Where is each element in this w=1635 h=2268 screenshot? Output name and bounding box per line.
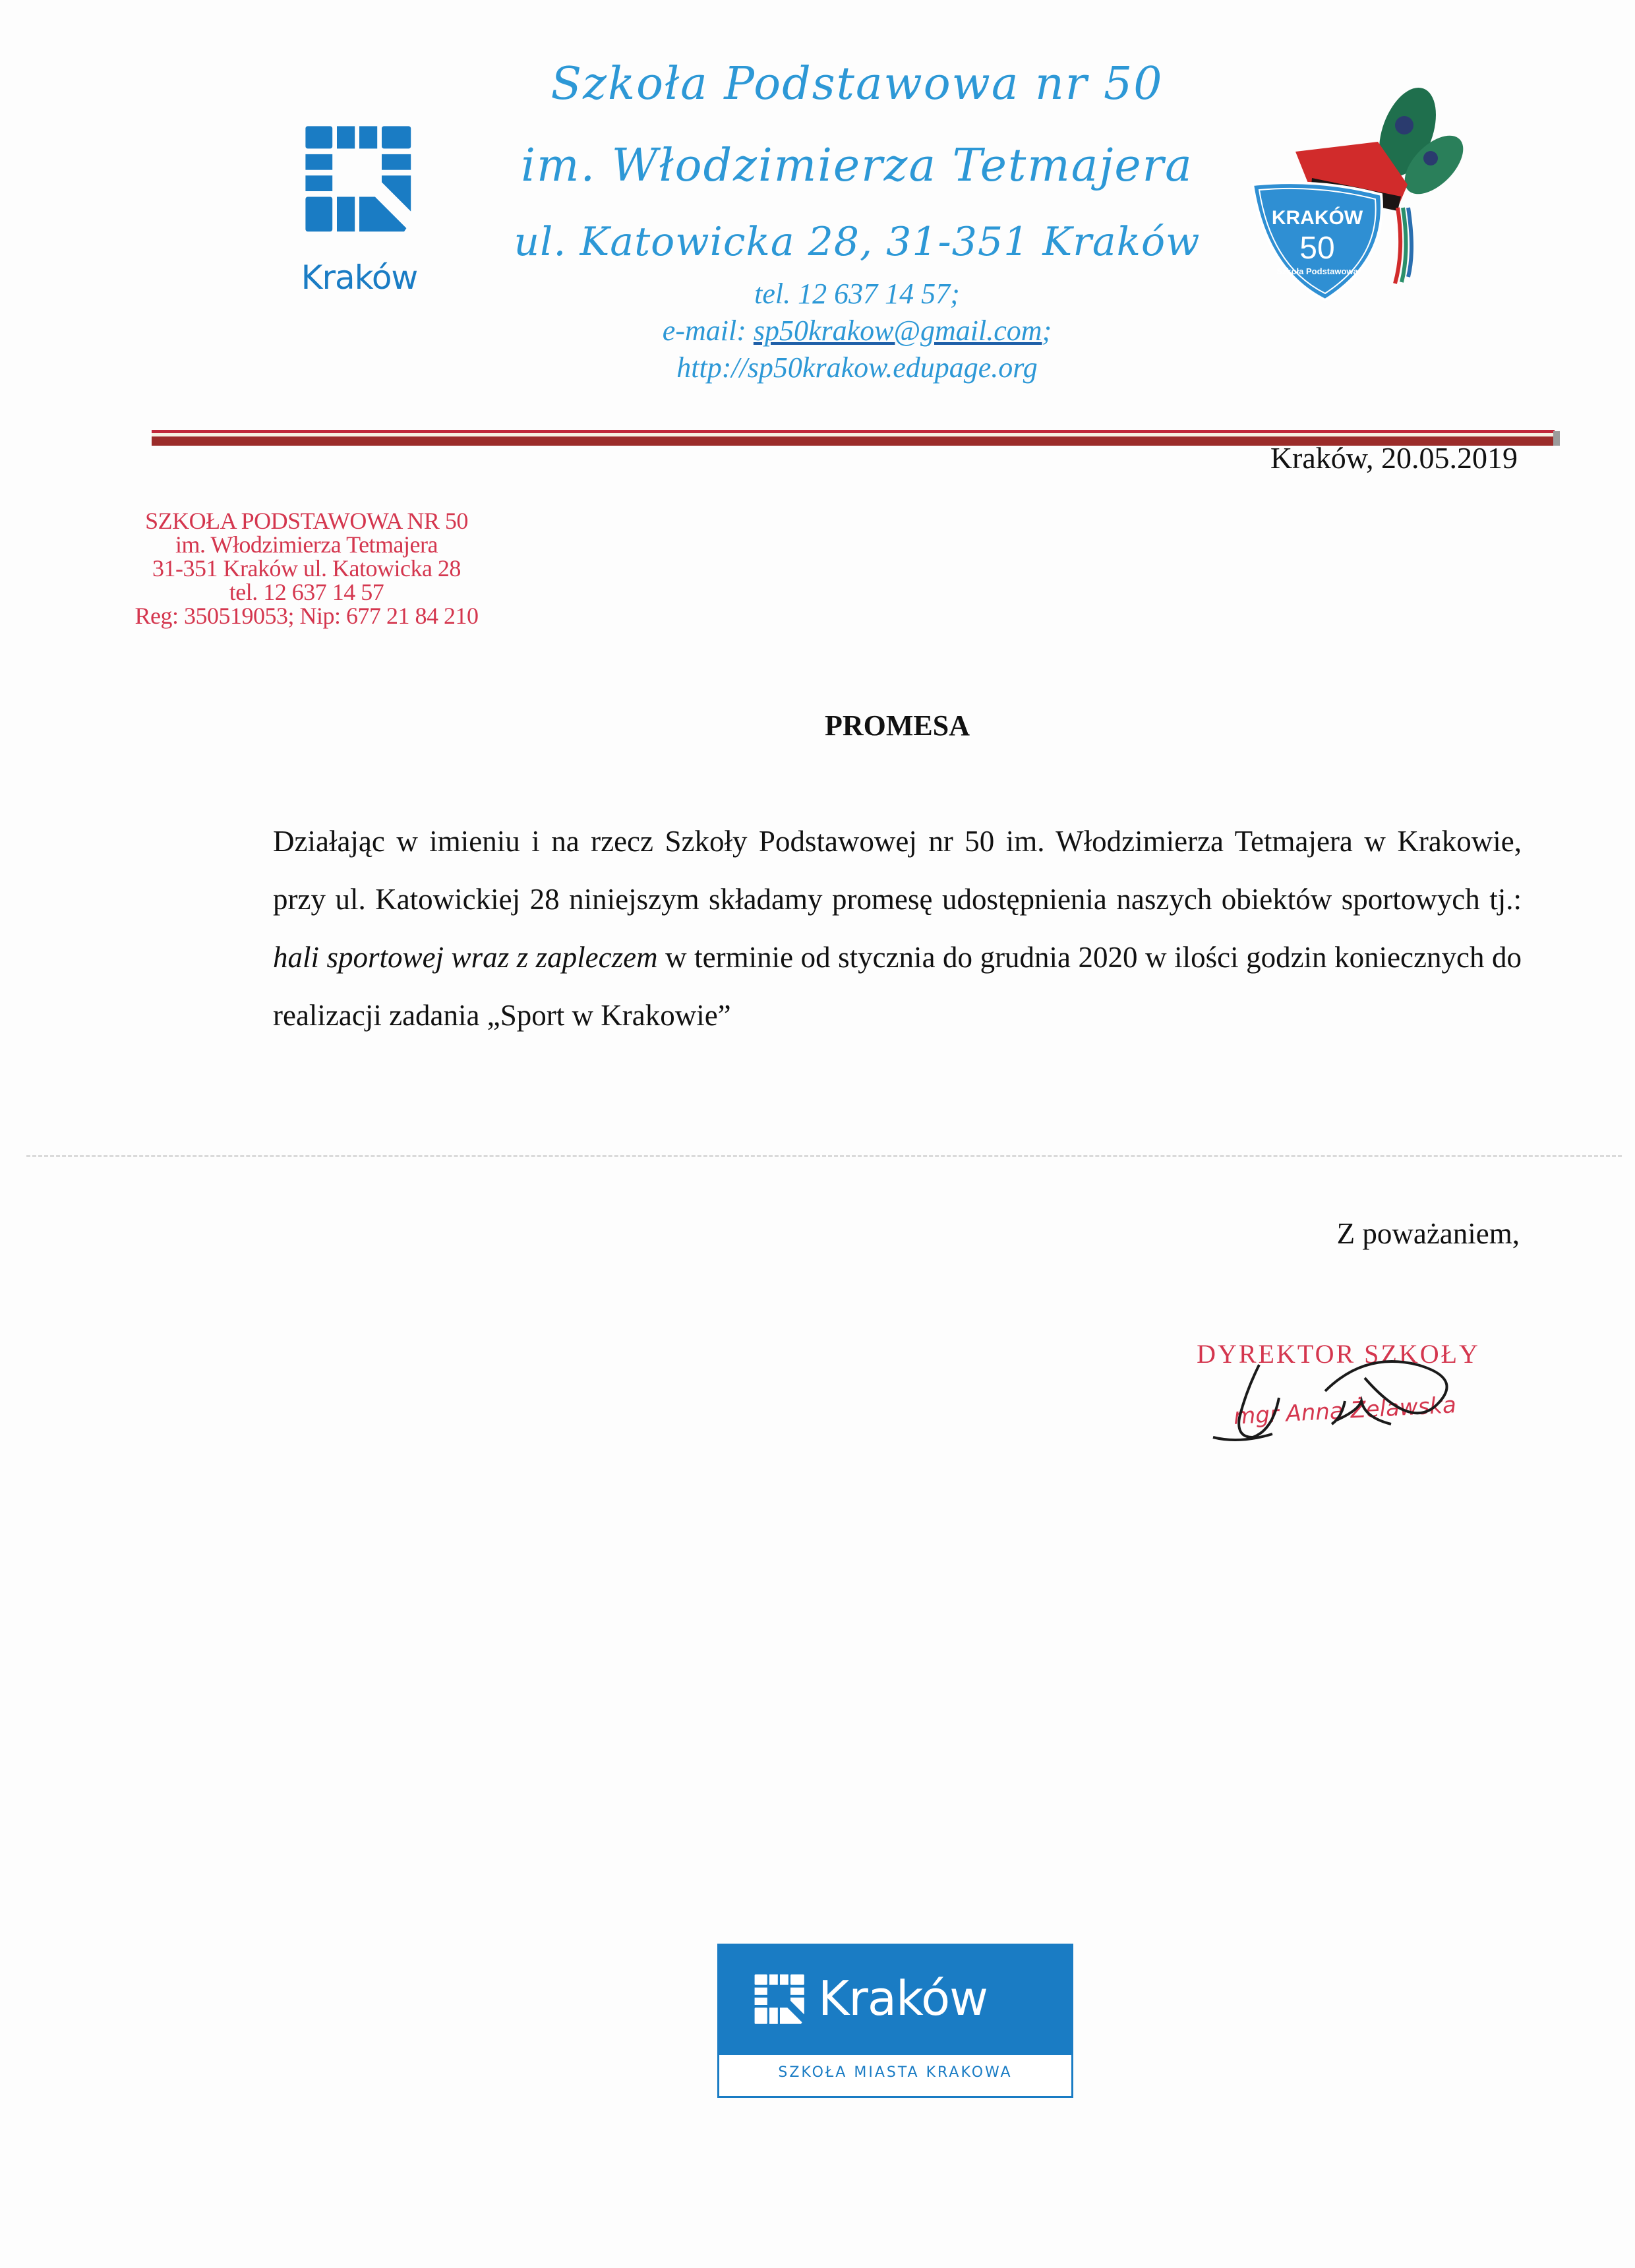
email-link[interactable]: sp50krakow@gmail.com (754, 314, 1042, 347)
email-suffix: ; (1042, 314, 1052, 347)
document-body: Działając w imieniu i na rzecz Szkoły Po… (273, 812, 1522, 1044)
stamp-line: Reg: 350519053; Nip: 677 21 84 210 (129, 604, 485, 628)
stamp-line: SZKOŁA PODSTAWOWA NR 50 (129, 509, 485, 533)
crest-city: KRAKÓW (1272, 206, 1363, 229)
closing-salutation: Z poważaniem, (1337, 1216, 1520, 1251)
email-label: e-mail: (663, 314, 754, 347)
school-phone: tel. 12 637 14 57; (527, 277, 1187, 311)
document-title: PROMESA (0, 709, 1635, 742)
signature-stamp-title: DYREKTOR SZKOŁY (1193, 1338, 1483, 1369)
footer-logo-subtitle: SZKOŁA MIASTA KRAKOWA (719, 2064, 1071, 2081)
school-name-line2: im. Włodzimierza Tetmajera (461, 140, 1253, 192)
school-crest-icon: KRAKÓW 50 Szkoła Podstawowa (1239, 79, 1464, 303)
crest-subtitle: Szkoła Podstawowa (1276, 266, 1358, 276)
footer-logo-word: Kraków (818, 1971, 988, 2026)
krakow-mark-icon (754, 1972, 806, 2027)
stamp-line: im. Włodzimierza Tetmajera (129, 533, 485, 556)
school-email-line: e-mail: sp50krakow@gmail.com; (527, 314, 1187, 347)
stamp-line: tel. 12 637 14 57 (129, 580, 485, 604)
document-date: Kraków, 20.05.2019 (1270, 440, 1518, 475)
krakow-logo-text: Kraków (277, 258, 442, 297)
krakow-city-logo-icon (300, 124, 419, 236)
body-text-italic: hali sportowej wraz z zapleczem (273, 941, 658, 974)
school-website[interactable]: http://sp50krakow.edupage.org (527, 351, 1187, 384)
body-text-part1: Działając w imieniu i na rzecz Szkoły Po… (273, 825, 1522, 916)
crest-number: 50 (1299, 231, 1334, 266)
signature-stamp-name: mgr Anna Żelawska (1219, 1391, 1471, 1431)
school-stamp: SZKOŁA PODSTAWOWA NR 50 im. Włodzimierza… (129, 509, 485, 628)
footer-krakow-logo: Kraków SZKOŁA MIASTA KRAKOWA (717, 1944, 1073, 2098)
stamp-line: 31-351 Kraków ul. Katowicka 28 (129, 556, 485, 580)
school-address: ul. Katowicka 28, 31-351 Kraków (461, 219, 1253, 265)
school-name-line1: Szkoła Podstawowa nr 50 (461, 58, 1253, 110)
paper-fold-line (26, 1155, 1622, 1157)
